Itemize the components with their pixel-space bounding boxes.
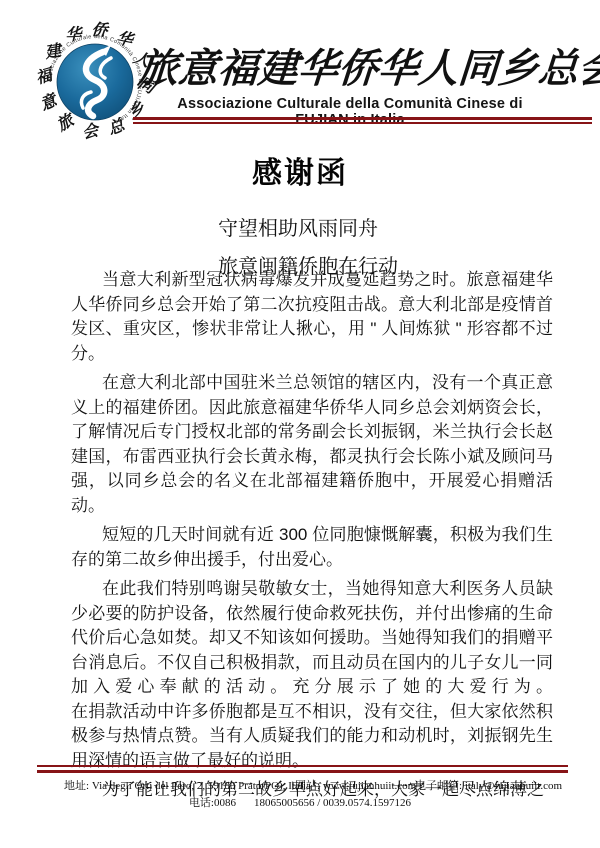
letter-title: 感谢函: [0, 148, 600, 192]
paragraph: 在捐款活动中许多侨胞都是互不相识，没有交往，但大家依然积极参与热情点赞。当有人质…: [71, 700, 553, 774]
association-logo: Associazione Culturale della Comunità Ci…: [24, 24, 138, 138]
footer-address: 地址: Via degli Orti del Pero, 2, 59100 Pr…: [64, 777, 311, 793]
header-rule-thick: [133, 117, 592, 120]
paragraph: 在此我们特别鸣谢吴敬敏女士，当她得知意大利医务人员缺少必要的防护设备，依然履行使…: [71, 577, 553, 700]
paragraph: 短短的几天时间就有近 300 位同胞慷慨解囊，积极为我们生存的第二故乡伸出援手，…: [71, 523, 553, 572]
logo-ring-character: 福: [33, 66, 55, 88]
logo-ring-character: 意: [37, 92, 61, 116]
logo-ring-character: 建: [43, 42, 64, 63]
letter-body: 当意大利新型冠状病毒爆发并成蔓延趋势之时。旅意福建华人华侨同乡总会开始了第二次抗…: [71, 268, 553, 803]
footer-phone: 电话:008618065005656 / 0039.0574.1597126: [0, 794, 600, 810]
title-character: 意: [176, 37, 220, 94]
footer-rule-thin: [37, 765, 568, 767]
title-character: 旅: [136, 37, 180, 94]
logo-ring-character: 华: [114, 30, 135, 51]
title-character: 侨: [336, 37, 380, 94]
paragraph: 在意大利北部中国驻米兰总领馆的辖区内，没有一个真正意义上的福建侨团。因此旅意福建…: [71, 371, 553, 518]
logo-ring-characters: 旅意福建华侨华人同乡总会: [24, 24, 138, 138]
title-character: 同: [456, 37, 500, 94]
footer-contact-line: 地址: Via degli Orti del Pero, 2, 59100 Pr…: [0, 777, 600, 791]
title-character: 乡: [496, 37, 540, 94]
letter-subtitle-1: 守望相助风雨同舟: [218, 212, 378, 241]
logo-ring-character: 华: [64, 26, 83, 45]
title-character: 建: [256, 37, 300, 94]
logo-ring-character: 旅: [53, 111, 78, 136]
letter-page: Associazione Culturale della Comunità Ci…: [0, 0, 600, 848]
title-character: 会: [576, 37, 600, 94]
title-character: 人: [416, 37, 460, 94]
logo-ring-character: 侨: [90, 21, 110, 41]
logo-ring-character: 总: [105, 117, 128, 140]
title-character: 华: [296, 37, 340, 94]
association-name-calligraphy: 旅意福建华侨华人同乡总会: [136, 46, 593, 94]
title-character: 福: [216, 37, 260, 94]
footer-website: 网站: www.fujianhuiit.com: [295, 777, 416, 793]
title-character: 华: [376, 37, 420, 94]
logo-ring-character: 会: [80, 122, 102, 144]
header-rule-thin: [133, 122, 592, 124]
paragraph: 当意大利新型冠状病毒爆发并成蔓延趋势之时。旅意福建华人华侨同乡总会开始了第二次抗…: [71, 268, 553, 366]
footer-email: 电子邮箱: italy@fujianhuiit.com: [415, 777, 562, 793]
title-character: 总: [536, 37, 580, 94]
footer-rule-thick: [37, 770, 568, 773]
